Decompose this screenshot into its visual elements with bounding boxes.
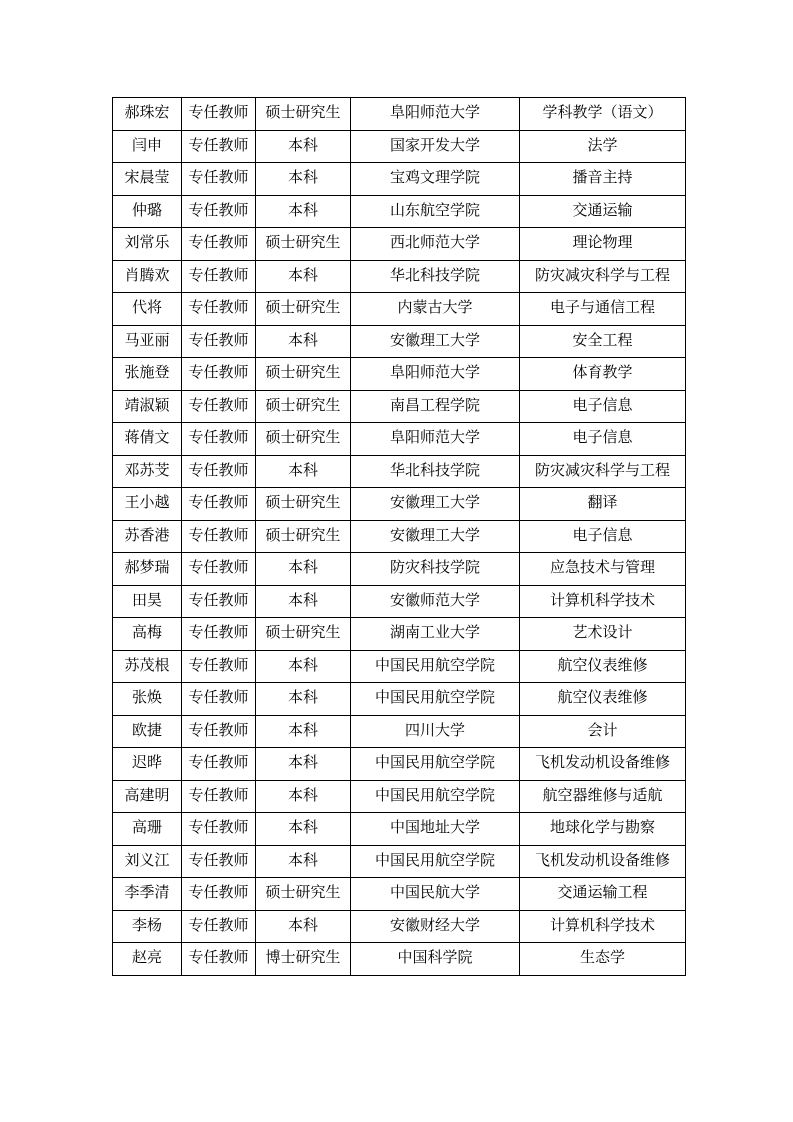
cell-university: 国家开发大学 (351, 130, 520, 163)
cell-university: 南昌工程学院 (351, 390, 520, 423)
cell-major: 交通运输工程 (520, 878, 686, 911)
cell-education: 本科 (256, 683, 351, 716)
table-row: 张焕 专任教师 本科 中国民用航空学院 航空仪表维修 (113, 683, 686, 716)
cell-education: 硕士研究生 (256, 488, 351, 521)
cell-education: 硕士研究生 (256, 878, 351, 911)
cell-major: 法学 (520, 130, 686, 163)
table-row: 迟晔 专任教师 本科 中国民用航空学院 飞机发动机设备维修 (113, 748, 686, 781)
cell-university: 中国民用航空学院 (351, 748, 520, 781)
cell-name: 李杨 (113, 910, 182, 943)
cell-name: 刘义江 (113, 845, 182, 878)
table-row: 李季清 专任教师 硕士研究生 中国民航大学 交通运输工程 (113, 878, 686, 911)
cell-position: 专任教师 (182, 618, 256, 651)
cell-position: 专任教师 (182, 488, 256, 521)
cell-education: 本科 (256, 260, 351, 293)
cell-university: 阜阳师范大学 (351, 358, 520, 391)
cell-name: 田昊 (113, 585, 182, 618)
cell-education: 本科 (256, 130, 351, 163)
table-row: 宋晨莹 专任教师 本科 宝鸡文理学院 播音主持 (113, 163, 686, 196)
table-row: 赵亮 专任教师 博士研究生 中国科学院 生态学 (113, 943, 686, 976)
cell-major: 会计 (520, 715, 686, 748)
cell-university: 中国民航大学 (351, 878, 520, 911)
document-page: 郝珠宏 专任教师 硕士研究生 阜阳师范大学 学科教学（语文） 闫申 专任教师 本… (0, 0, 793, 1122)
cell-education: 本科 (256, 813, 351, 846)
table-row: 欧捷 专任教师 本科 四川大学 会计 (113, 715, 686, 748)
cell-university: 华北科技学院 (351, 260, 520, 293)
table-row: 张施登 专任教师 硕士研究生 阜阳师范大学 体育教学 (113, 358, 686, 391)
table-row: 蒋倩文 专任教师 硕士研究生 阜阳师范大学 电子信息 (113, 423, 686, 456)
cell-major: 航空仪表维修 (520, 650, 686, 683)
cell-position: 专任教师 (182, 585, 256, 618)
cell-position: 专任教师 (182, 650, 256, 683)
table-row: 苏香港 专任教师 硕士研究生 安徽理工大学 电子信息 (113, 520, 686, 553)
cell-education: 硕士研究生 (256, 390, 351, 423)
faculty-table: 郝珠宏 专任教师 硕士研究生 阜阳师范大学 学科教学（语文） 闫申 专任教师 本… (112, 97, 686, 976)
cell-name: 肖腾欢 (113, 260, 182, 293)
cell-name: 张焕 (113, 683, 182, 716)
cell-major: 地球化学与勘察 (520, 813, 686, 846)
cell-education: 硕士研究生 (256, 293, 351, 326)
cell-major: 防灾减灾科学与工程 (520, 455, 686, 488)
cell-education: 本科 (256, 715, 351, 748)
cell-position: 专任教师 (182, 98, 256, 131)
cell-education: 本科 (256, 780, 351, 813)
cell-university: 阜阳师范大学 (351, 98, 520, 131)
cell-university: 四川大学 (351, 715, 520, 748)
cell-major: 航空仪表维修 (520, 683, 686, 716)
cell-name: 邓苏芠 (113, 455, 182, 488)
cell-name: 郝珠宏 (113, 98, 182, 131)
cell-education: 硕士研究生 (256, 358, 351, 391)
cell-name: 宋晨莹 (113, 163, 182, 196)
cell-major: 航空器维修与适航 (520, 780, 686, 813)
cell-major: 计算机科学技术 (520, 585, 686, 618)
cell-major: 翻译 (520, 488, 686, 521)
table-row: 高梅 专任教师 硕士研究生 湖南工业大学 艺术设计 (113, 618, 686, 651)
cell-education: 本科 (256, 910, 351, 943)
cell-university: 中国民用航空学院 (351, 845, 520, 878)
cell-university: 中国地址大学 (351, 813, 520, 846)
cell-university: 安徽理工大学 (351, 520, 520, 553)
cell-name: 郝梦瑞 (113, 553, 182, 586)
cell-major: 电子与通信工程 (520, 293, 686, 326)
table-row: 田昊 专任教师 本科 安徽师范大学 计算机科学技术 (113, 585, 686, 618)
cell-position: 专任教师 (182, 390, 256, 423)
cell-position: 专任教师 (182, 455, 256, 488)
cell-name: 苏香港 (113, 520, 182, 553)
cell-education: 硕士研究生 (256, 423, 351, 456)
cell-major: 生态学 (520, 943, 686, 976)
table-row: 王小越 专任教师 硕士研究生 安徽理工大学 翻译 (113, 488, 686, 521)
cell-name: 欧捷 (113, 715, 182, 748)
cell-education: 本科 (256, 845, 351, 878)
table-row: 仲璐 专任教师 本科 山东航空学院 交通运输 (113, 195, 686, 228)
cell-university: 华北科技学院 (351, 455, 520, 488)
cell-name: 马亚丽 (113, 325, 182, 358)
cell-position: 专任教师 (182, 163, 256, 196)
cell-major: 学科教学（语文） (520, 98, 686, 131)
cell-university: 山东航空学院 (351, 195, 520, 228)
cell-major: 电子信息 (520, 390, 686, 423)
cell-university: 内蒙古大学 (351, 293, 520, 326)
cell-name: 赵亮 (113, 943, 182, 976)
table-row: 邓苏芠 专任教师 本科 华北科技学院 防灾减灾科学与工程 (113, 455, 686, 488)
cell-position: 专任教师 (182, 293, 256, 326)
cell-major: 艺术设计 (520, 618, 686, 651)
cell-education: 博士研究生 (256, 943, 351, 976)
cell-position: 专任教师 (182, 358, 256, 391)
cell-university: 中国科学院 (351, 943, 520, 976)
cell-name: 高建明 (113, 780, 182, 813)
cell-education: 硕士研究生 (256, 520, 351, 553)
cell-position: 专任教师 (182, 195, 256, 228)
cell-position: 专任教师 (182, 683, 256, 716)
cell-major: 应急技术与管理 (520, 553, 686, 586)
cell-position: 专任教师 (182, 845, 256, 878)
table-row: 郝珠宏 专任教师 硕士研究生 阜阳师范大学 学科教学（语文） (113, 98, 686, 131)
cell-name: 仲璐 (113, 195, 182, 228)
table-row: 靖淑颖 专任教师 硕士研究生 南昌工程学院 电子信息 (113, 390, 686, 423)
cell-university: 防灾科技学院 (351, 553, 520, 586)
cell-name: 高梅 (113, 618, 182, 651)
cell-name: 闫申 (113, 130, 182, 163)
cell-university: 安徽财经大学 (351, 910, 520, 943)
cell-university: 安徽理工大学 (351, 325, 520, 358)
cell-university: 中国民用航空学院 (351, 650, 520, 683)
table-row: 郝梦瑞 专任教师 本科 防灾科技学院 应急技术与管理 (113, 553, 686, 586)
cell-name: 蒋倩文 (113, 423, 182, 456)
cell-major: 飞机发动机设备维修 (520, 845, 686, 878)
cell-position: 专任教师 (182, 813, 256, 846)
table-row: 李杨 专任教师 本科 安徽财经大学 计算机科学技术 (113, 910, 686, 943)
cell-major: 交通运输 (520, 195, 686, 228)
cell-position: 专任教师 (182, 943, 256, 976)
cell-university: 安徽师范大学 (351, 585, 520, 618)
table-row: 闫申 专任教师 本科 国家开发大学 法学 (113, 130, 686, 163)
cell-name: 高珊 (113, 813, 182, 846)
cell-name: 刘常乐 (113, 228, 182, 261)
cell-university: 阜阳师范大学 (351, 423, 520, 456)
cell-position: 专任教师 (182, 520, 256, 553)
cell-university: 宝鸡文理学院 (351, 163, 520, 196)
cell-name: 苏茂根 (113, 650, 182, 683)
cell-name: 代将 (113, 293, 182, 326)
table-row: 苏茂根 专任教师 本科 中国民用航空学院 航空仪表维修 (113, 650, 686, 683)
cell-university: 安徽理工大学 (351, 488, 520, 521)
cell-university: 中国民用航空学院 (351, 780, 520, 813)
cell-major: 安全工程 (520, 325, 686, 358)
cell-major: 电子信息 (520, 423, 686, 456)
cell-education: 本科 (256, 748, 351, 781)
cell-position: 专任教师 (182, 423, 256, 456)
cell-name: 王小越 (113, 488, 182, 521)
cell-name: 李季清 (113, 878, 182, 911)
cell-major: 电子信息 (520, 520, 686, 553)
cell-university: 湖南工业大学 (351, 618, 520, 651)
table-row: 代将 专任教师 硕士研究生 内蒙古大学 电子与通信工程 (113, 293, 686, 326)
cell-name: 靖淑颖 (113, 390, 182, 423)
cell-name: 张施登 (113, 358, 182, 391)
table-row: 肖腾欢 专任教师 本科 华北科技学院 防灾减灾科学与工程 (113, 260, 686, 293)
table-row: 刘义江 专任教师 本科 中国民用航空学院 飞机发动机设备维修 (113, 845, 686, 878)
cell-education: 硕士研究生 (256, 618, 351, 651)
table-row: 马亚丽 专任教师 本科 安徽理工大学 安全工程 (113, 325, 686, 358)
cell-major: 计算机科学技术 (520, 910, 686, 943)
cell-education: 本科 (256, 585, 351, 618)
cell-education: 硕士研究生 (256, 228, 351, 261)
table-row: 刘常乐 专任教师 硕士研究生 西北师范大学 理论物理 (113, 228, 686, 261)
cell-major: 防灾减灾科学与工程 (520, 260, 686, 293)
cell-position: 专任教师 (182, 910, 256, 943)
cell-position: 专任教师 (182, 260, 256, 293)
cell-education: 本科 (256, 650, 351, 683)
cell-position: 专任教师 (182, 130, 256, 163)
cell-university: 中国民用航空学院 (351, 683, 520, 716)
cell-position: 专任教师 (182, 553, 256, 586)
cell-education: 本科 (256, 553, 351, 586)
cell-education: 硕士研究生 (256, 98, 351, 131)
cell-position: 专任教师 (182, 780, 256, 813)
cell-education: 本科 (256, 325, 351, 358)
cell-position: 专任教师 (182, 228, 256, 261)
cell-major: 飞机发动机设备维修 (520, 748, 686, 781)
cell-position: 专任教师 (182, 325, 256, 358)
cell-education: 本科 (256, 163, 351, 196)
cell-education: 本科 (256, 195, 351, 228)
cell-university: 西北师范大学 (351, 228, 520, 261)
cell-major: 理论物理 (520, 228, 686, 261)
cell-major: 播音主持 (520, 163, 686, 196)
cell-position: 专任教师 (182, 715, 256, 748)
cell-education: 本科 (256, 455, 351, 488)
faculty-table-body: 郝珠宏 专任教师 硕士研究生 阜阳师范大学 学科教学（语文） 闫申 专任教师 本… (113, 98, 686, 976)
cell-name: 迟晔 (113, 748, 182, 781)
cell-position: 专任教师 (182, 878, 256, 911)
cell-major: 体育教学 (520, 358, 686, 391)
cell-position: 专任教师 (182, 748, 256, 781)
table-row: 高珊 专任教师 本科 中国地址大学 地球化学与勘察 (113, 813, 686, 846)
table-row: 高建明 专任教师 本科 中国民用航空学院 航空器维修与适航 (113, 780, 686, 813)
